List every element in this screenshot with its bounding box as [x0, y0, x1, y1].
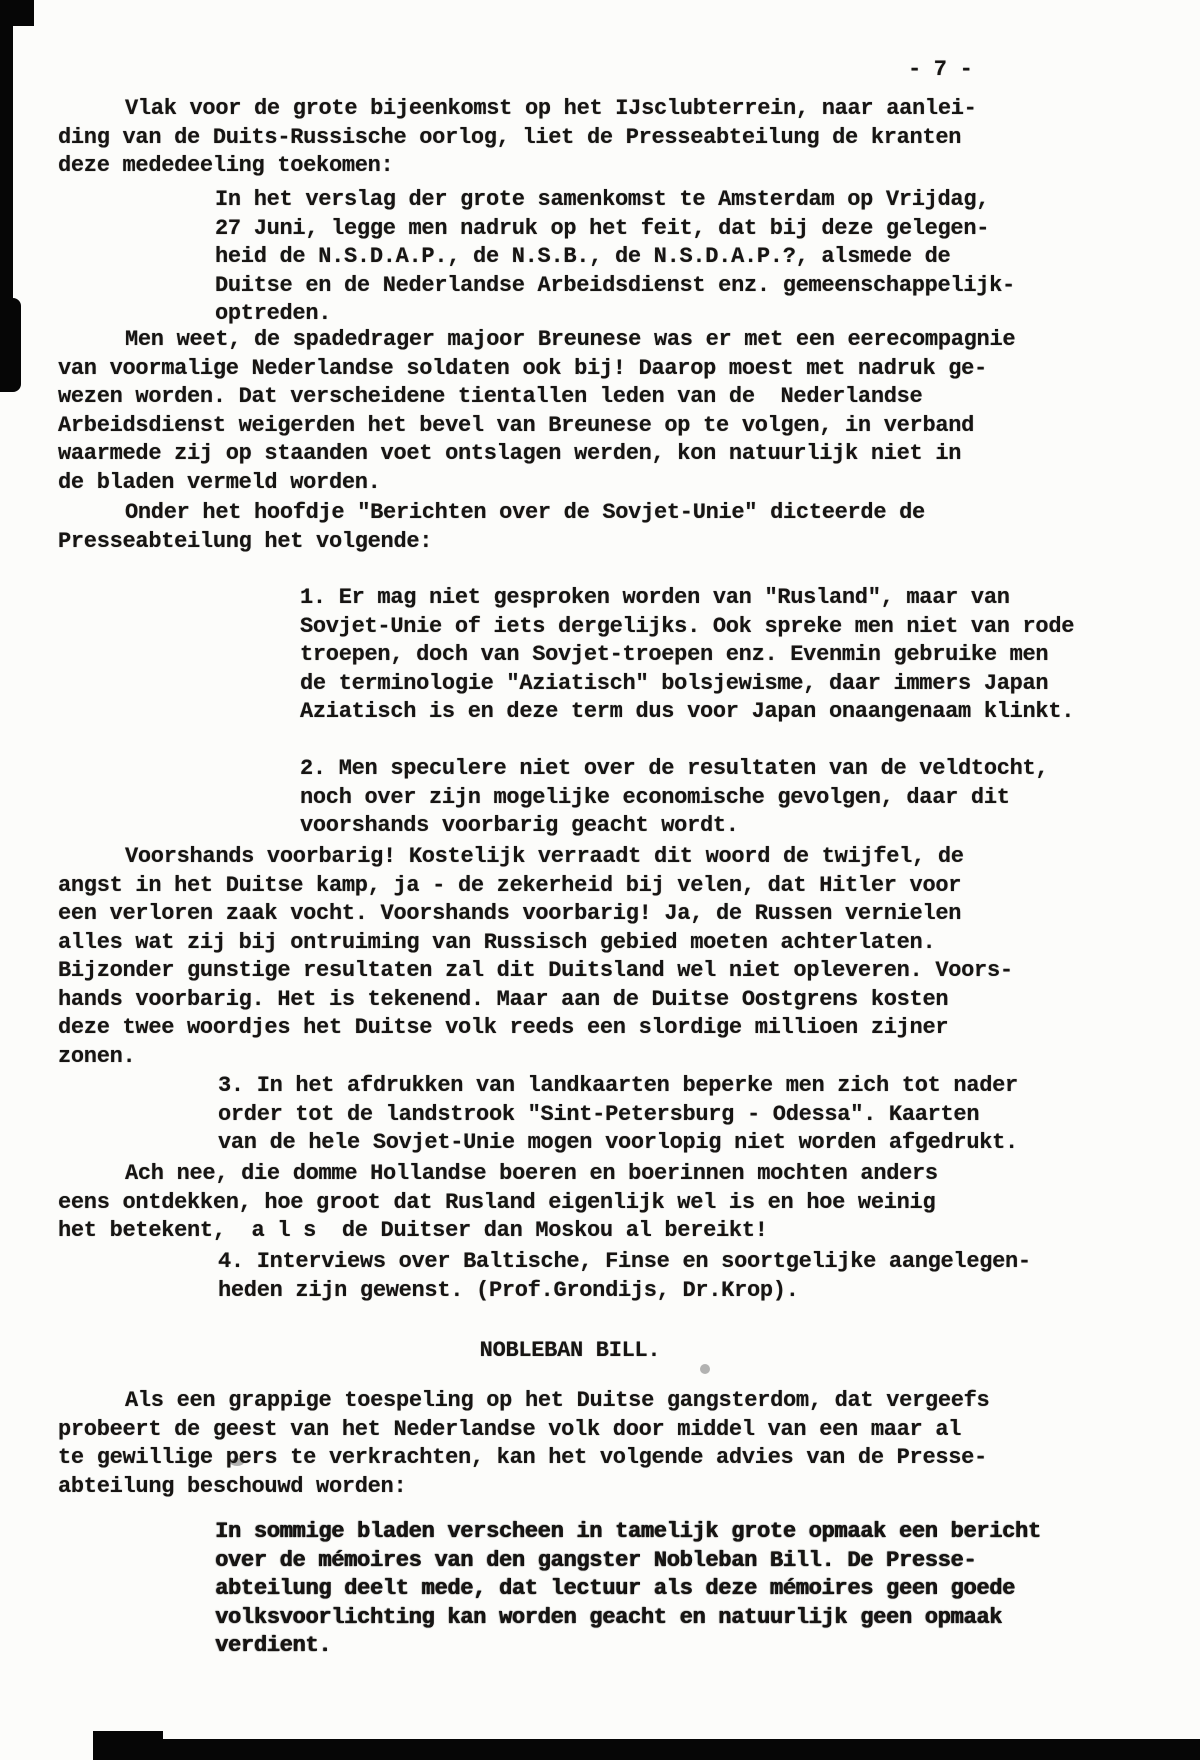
- paragraph-ach-nee: Ach nee, die domme Hollandse boeren en b…: [58, 1160, 1118, 1246]
- page-number: - 7 -: [908, 56, 973, 85]
- paragraph-onder-hoofdje: Onder het hoofdje "Berichten over de Sov…: [58, 499, 1118, 556]
- scan-speck-1: [700, 1364, 710, 1374]
- paragraph-als-toespeling: Als een grappige toespeling op het Duits…: [58, 1387, 1128, 1501]
- paragraph-voorshands: Voorshands voorbarig! Kostelijk verraadt…: [58, 843, 1138, 1071]
- scan-artifact-left-strip-bump: [0, 298, 21, 392]
- paragraph-intro: Vlak voor de grote bijeenkomst op het IJ…: [58, 95, 1118, 181]
- scan-artifact-bottom-bar: [93, 1739, 1200, 1760]
- scan-page: - 7 - Vlak voor de grote bijeenkomst op …: [0, 0, 1200, 1760]
- section-heading-nobleban-bill: NOBLEBAN BILL.: [0, 1337, 1140, 1366]
- paragraph-men-weet: Men weet, de spadedrager majoor Breunese…: [58, 326, 1128, 497]
- list-item-3: 3. In het afdrukken van landkaarten bepe…: [218, 1072, 1138, 1158]
- blockquote-verslag: In het verslag der grote samenkomst te A…: [215, 186, 1135, 329]
- scan-artifact-bottom-stub: [93, 1731, 163, 1760]
- blockquote-nobleban-memoires: In sommige bladen verscheen in tamelijk …: [215, 1518, 1135, 1661]
- list-item-1: 1. Er mag niet gesproken worden van "Rus…: [300, 584, 1160, 727]
- list-item-2: 2. Men speculere niet over de resultaten…: [300, 755, 1160, 841]
- list-item-4: 4. Interviews over Baltische, Finse en s…: [218, 1248, 1138, 1305]
